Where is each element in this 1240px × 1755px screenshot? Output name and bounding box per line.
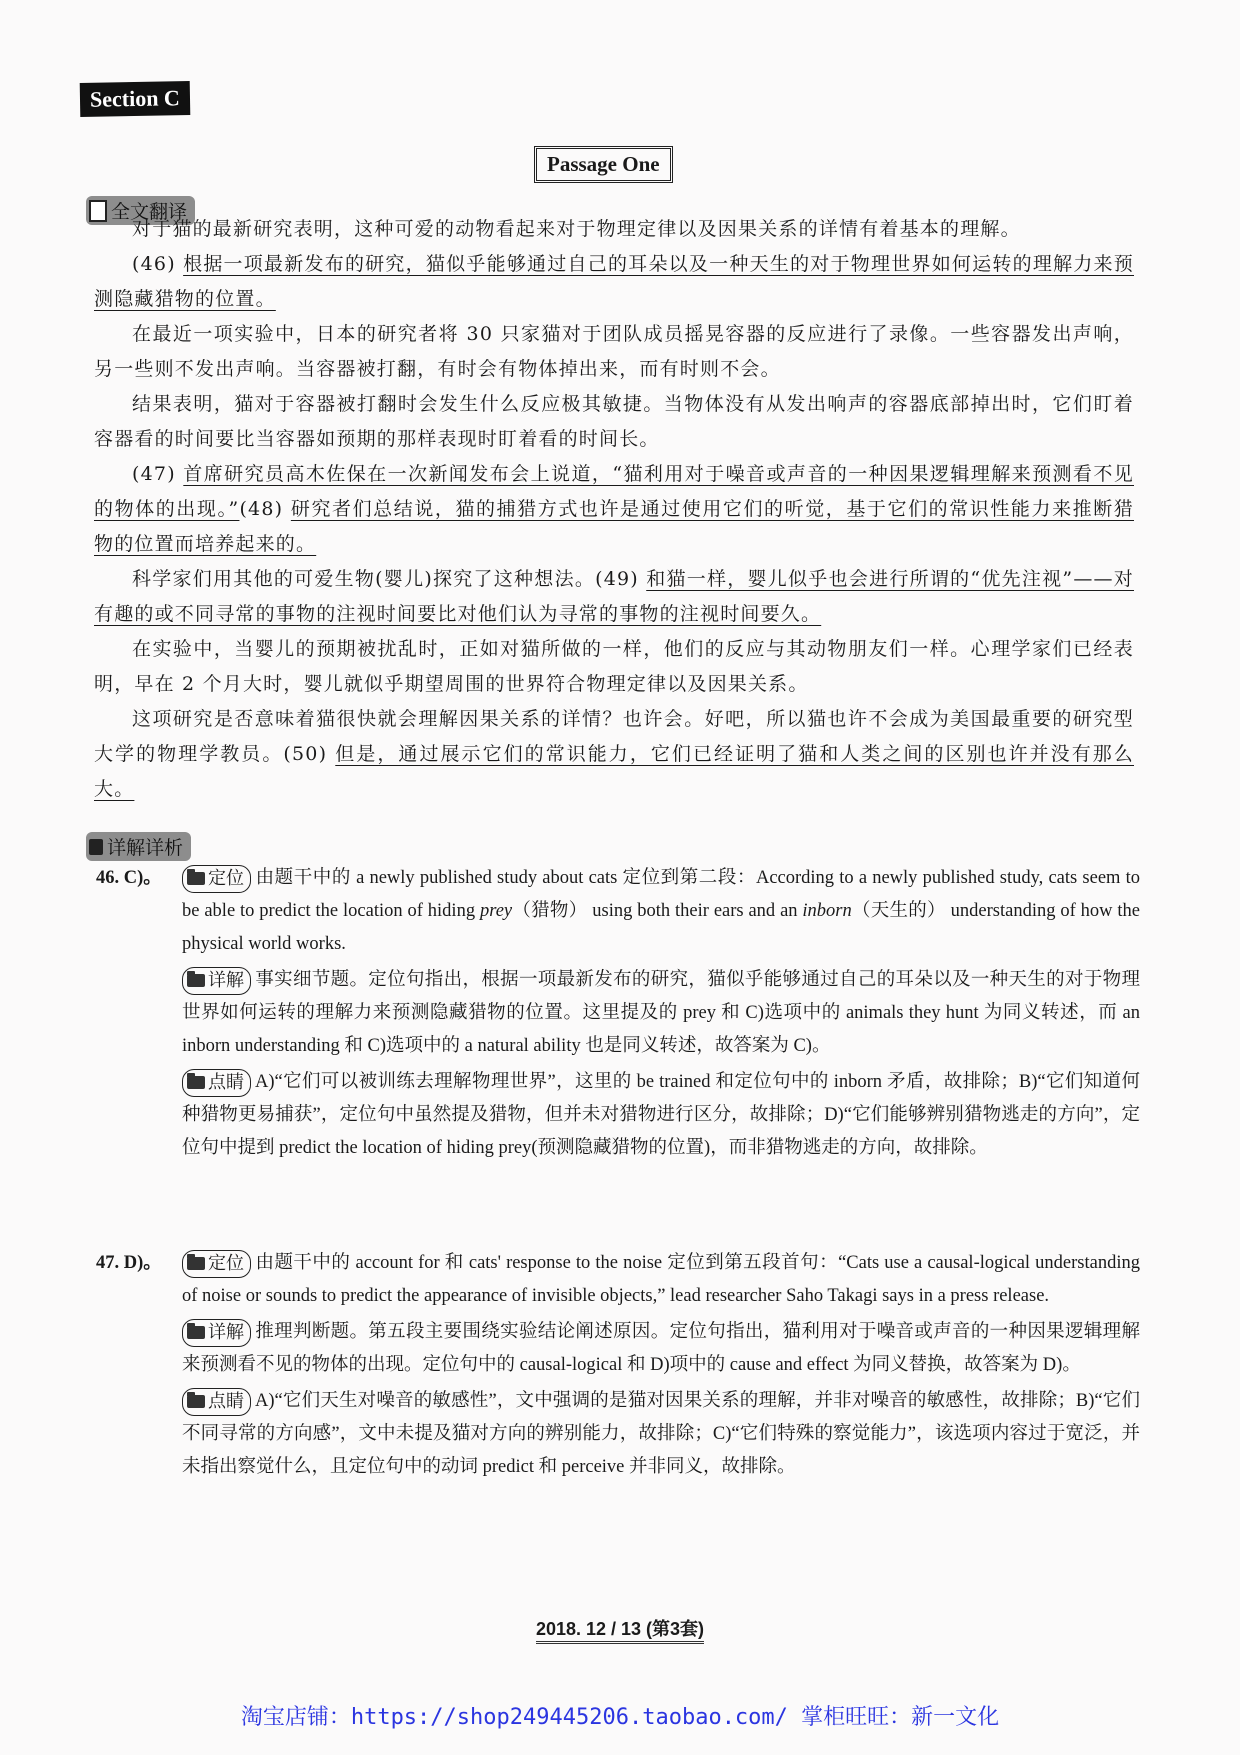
translation-body: 对于猫的最新研究表明，这种可爱的动物看起来对于物理定律以及因果关系的详情有着基本… (94, 212, 1134, 807)
answer-47: 47. D)。 定位由题干中的 account for 和 cats' resp… (96, 1247, 1140, 1484)
translation-p2: (46) 根据一项最新发布的研究，猫似乎能够通过自己的耳朵以及一种天生的对于物理… (94, 247, 1134, 317)
translation-p4: 结果表明，猫对于容器被打翻时会发生什么反应极其敏捷。当物体没有从发出响声的容器底… (94, 387, 1134, 457)
point-chip: 点睛 (182, 1388, 251, 1416)
answer-explain: 详解事实细节题。定位句指出，根据一项最新发布的研究，猫似乎能够通过自己的耳朵以及… (182, 964, 1140, 1063)
answer-number: 46. C)。 (96, 862, 162, 895)
answer-locate: 定位由题干中的 a newly published study about ca… (182, 862, 1140, 961)
document-page: Section C Passage One 全文翻译 对于猫的最新研究表明，这种… (0, 0, 1240, 1755)
answer-explain: 详解推理判断题。第五段主要围绕实验结论阐述原因。定位句指出，猫利用对于噪音或声音… (182, 1316, 1140, 1382)
translation-p1: 对于猫的最新研究表明，这种可爱的动物看起来对于物理定律以及因果关系的详情有着基本… (94, 212, 1134, 247)
answer-46: 46. C)。 定位由题干中的 a newly published study … (96, 862, 1140, 1165)
translation-p7: 在实验中，当婴儿的预期被扰乱时，正如对猫所做的一样，他们的反应与其动物朋友们一样… (94, 632, 1134, 702)
page-footer: 2018. 12 / 13 (第3套) (0, 1615, 1240, 1641)
folder-icon (187, 974, 205, 987)
analysis-header-label: 详解详析 (107, 833, 183, 860)
notebook-icon (89, 839, 103, 855)
explain-chip: 详解 (182, 1319, 251, 1347)
shop-watermark: 淘宝店铺：https://shop249445206.taobao.com/ 掌… (0, 1700, 1240, 1731)
translation-p5: (47) 首席研究员高木佐保在一次新闻发布会上说道，“猫利用对于噪音或声音的一种… (94, 457, 1134, 562)
answer-point: 点睛A)“它们天生对噪音的敏感性”，文中强调的是猫对因果关系的理解，并非对噪音的… (182, 1385, 1140, 1484)
folder-icon (187, 1257, 205, 1270)
answer-locate: 定位由题干中的 account for 和 cats' response to … (182, 1247, 1140, 1313)
translation-p8: 这项研究是否意味着猫很快就会理解因果关系的详情？也许会。好吧，所以猫也许不会成为… (94, 702, 1134, 807)
locate-chip: 定位 (182, 865, 251, 893)
translation-p6: 科学家们用其他的可爱生物(婴儿)探究了这种想法。(49) 和猫一样，婴儿似乎也会… (94, 562, 1134, 632)
locate-chip: 定位 (182, 1250, 251, 1278)
folder-icon (187, 1326, 205, 1339)
answer-point: 点睛A)“它们可以被训练去理解物理世界”，这里的 be trained 和定位句… (182, 1066, 1140, 1165)
folder-icon (187, 872, 205, 885)
translation-p3: 在最近一项实验中，日本的研究者将 30 只家猫对于团队成员摇晃容器的反应进行了录… (94, 317, 1134, 387)
answer-number: 47. D)。 (96, 1247, 162, 1280)
analysis-header: 详解详析 (86, 832, 191, 861)
folder-icon (187, 1395, 205, 1408)
folder-icon (187, 1076, 205, 1089)
passage-title: Passage One (534, 146, 673, 183)
explain-chip: 详解 (182, 967, 251, 995)
section-badge: Section C (80, 81, 190, 117)
point-chip: 点睛 (182, 1069, 251, 1097)
